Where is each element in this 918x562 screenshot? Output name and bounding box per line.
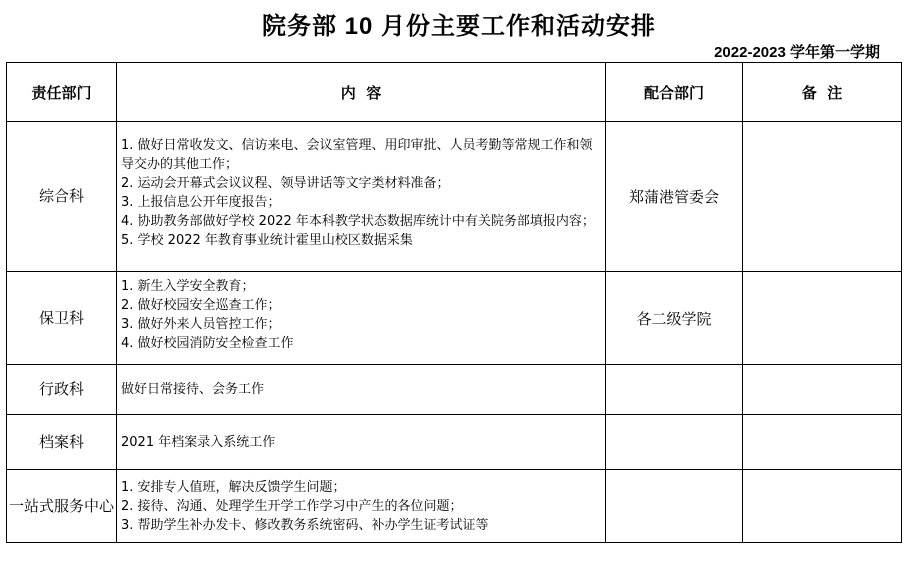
content-line: 5. 学校 2022 年教育事业统计霍里山校区数据采集 xyxy=(121,231,601,250)
table-row: 综合科 1. 做好日常收发文、信访来电、会议室管理、用印审批、人员考勤等常规工作… xyxy=(7,122,902,272)
content-line: 3. 做好外来人员管控工作； xyxy=(121,315,601,334)
content-cell: 1. 新生入学安全教育； 2. 做好校园安全巡查工作； 3. 做好外来人员管控工… xyxy=(117,272,606,365)
header-note: 备 注 xyxy=(743,63,902,122)
content-line: 2. 运动会开幕式会议议程、领导讲话等文字类材料准备； xyxy=(121,174,601,193)
content-line: 1. 安排专人值班，解决反馈学生问题； xyxy=(121,478,601,497)
header-dept: 责任部门 xyxy=(7,63,117,122)
header-row: 责任部门 内 容 配合部门 备 注 xyxy=(7,63,902,122)
table-row: 行政科 做好日常接待、会务工作 xyxy=(7,365,902,415)
content-line: 4. 协助教务部做好学校 2022 年本科教学状态数据库统计中有关院务部填报内容… xyxy=(121,212,601,231)
header-coop: 配合部门 xyxy=(606,63,743,122)
note-cell xyxy=(743,470,902,543)
coop-cell xyxy=(606,365,743,415)
coop-cell: 郑蒲港管委会 xyxy=(606,122,743,272)
content-line: 2. 做好校园安全巡查工作； xyxy=(121,296,601,315)
document-title: 院务部 10 月份主要工作和活动安排 xyxy=(0,6,918,41)
note-cell xyxy=(743,365,902,415)
content-cell: 1. 做好日常收发文、信访来电、会议室管理、用印审批、人员考勤等常规工作和领导交… xyxy=(117,122,606,272)
schedule-table: 责任部门 内 容 配合部门 备 注 综合科 1. 做好日常收发文、信访来电、会议… xyxy=(6,62,902,543)
note-cell xyxy=(743,272,902,365)
content-line: 2021 年档案录入系统工作 xyxy=(121,433,601,452)
content-line: 3. 上报信息公开年度报告； xyxy=(121,193,601,212)
dept-cell: 保卫科 xyxy=(7,272,117,365)
content-line: 1. 做好日常收发文、信访来电、会议室管理、用印审批、人员考勤等常规工作和领导交… xyxy=(121,136,601,174)
content-cell: 做好日常接待、会务工作 xyxy=(117,365,606,415)
content-line: 1. 新生入学安全教育； xyxy=(121,277,601,296)
dept-cell: 一站式服务中心 xyxy=(7,470,117,543)
content-line: 4. 做好校园消防安全检查工作 xyxy=(121,334,601,353)
content-line: 做好日常接待、会务工作 xyxy=(121,380,601,399)
dept-cell: 行政科 xyxy=(7,365,117,415)
content-line: 2. 接待、沟通、处理学生开学工作学习中产生的各位问题； xyxy=(121,497,601,516)
dept-cell: 综合科 xyxy=(7,122,117,272)
content-cell: 2021 年档案录入系统工作 xyxy=(117,415,606,470)
note-cell xyxy=(743,122,902,272)
content-cell: 1. 安排专人值班，解决反馈学生问题； 2. 接待、沟通、处理学生开学工作学习中… xyxy=(117,470,606,543)
semester-label: 2022-2023 学年第一学期 xyxy=(714,41,880,62)
table-row: 一站式服务中心 1. 安排专人值班，解决反馈学生问题； 2. 接待、沟通、处理学… xyxy=(7,470,902,543)
coop-cell xyxy=(606,415,743,470)
table-row: 档案科 2021 年档案录入系统工作 xyxy=(7,415,902,470)
dept-cell: 档案科 xyxy=(7,415,117,470)
header-content: 内 容 xyxy=(117,63,606,122)
coop-cell: 各二级学院 xyxy=(606,272,743,365)
note-cell xyxy=(743,415,902,470)
content-line: 3. 帮助学生补办发卡、修改教务系统密码、补办学生证考试证等 xyxy=(121,516,601,535)
table-row: 保卫科 1. 新生入学安全教育； 2. 做好校园安全巡查工作； 3. 做好外来人… xyxy=(7,272,902,365)
coop-cell xyxy=(606,470,743,543)
